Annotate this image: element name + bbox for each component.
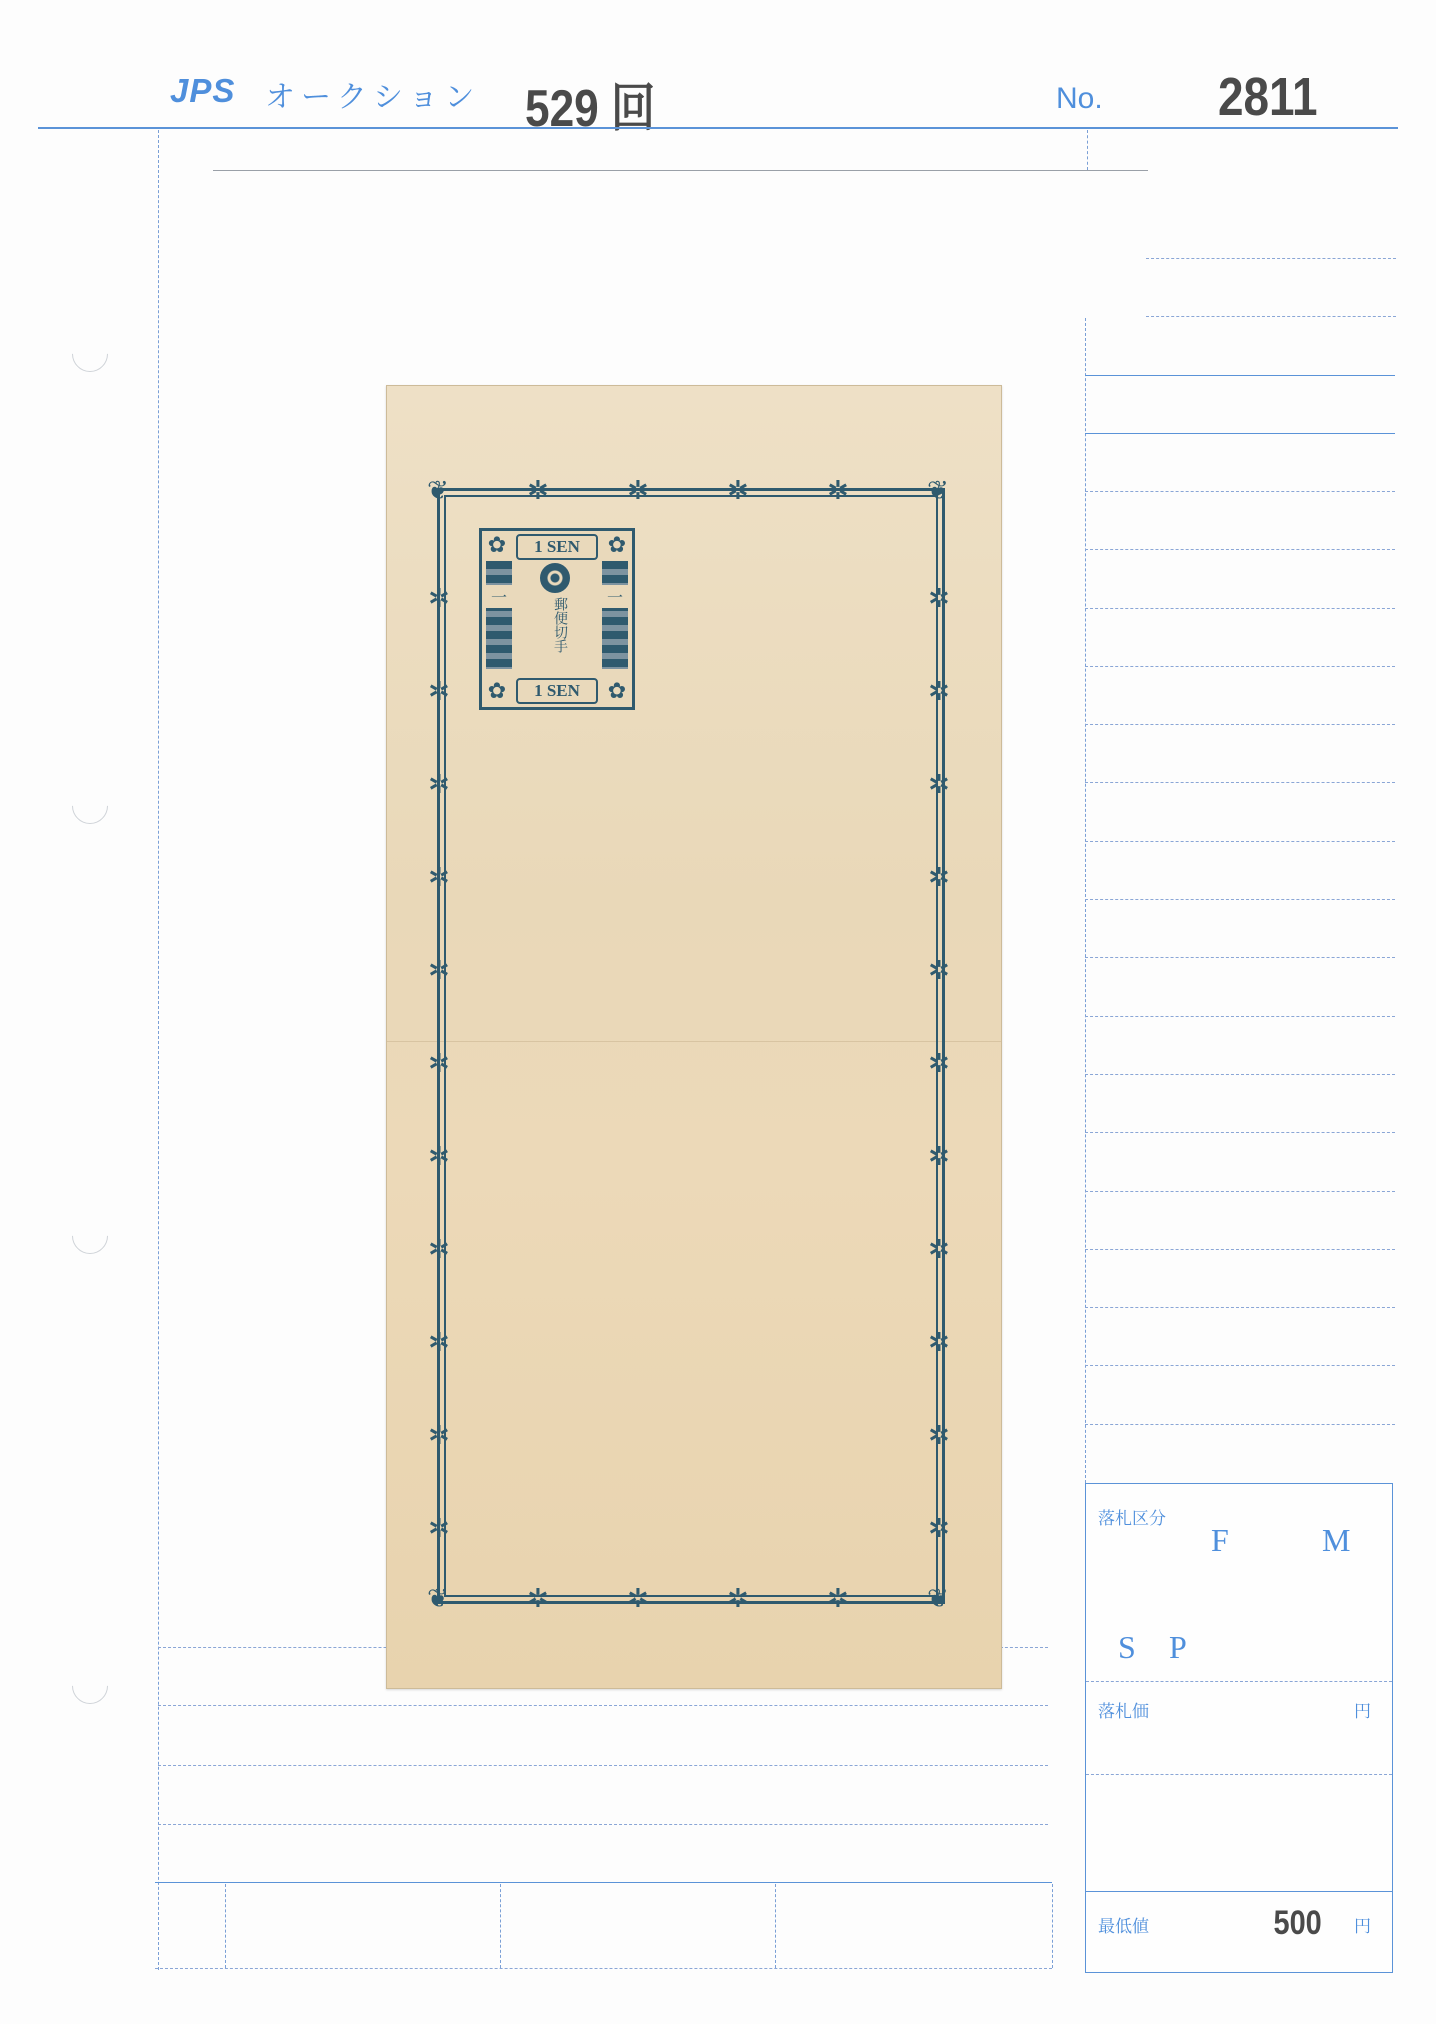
ornament-icon: ✲ (527, 478, 549, 504)
ornament-icon: ✲ (928, 1144, 950, 1170)
notes-line (1085, 433, 1395, 434)
binder-hole (65, 781, 116, 832)
ornament-icon: ✲ (428, 958, 450, 984)
binder-hole (65, 1661, 116, 1712)
table-divider (500, 1884, 501, 1968)
table-divider (775, 1884, 776, 1968)
hammer-price-currency: 円 (1354, 1697, 1371, 1722)
ornament-icon: ✲ (428, 1051, 450, 1077)
ornament-icon: ✲ (928, 1423, 950, 1449)
notes-line (1085, 1307, 1395, 1308)
hammer-price-label: 落札価 (1098, 1697, 1149, 1722)
sub-rule (213, 170, 1148, 171)
ornament-icon: ✲ (928, 1051, 950, 1077)
stamp-side-panel: 一 (602, 561, 628, 669)
chrysanthemum-crest-icon (540, 563, 570, 593)
notes-line (1085, 1132, 1395, 1133)
grade-option-s[interactable]: S (1118, 1629, 1136, 1666)
cherry-blossom-icon: ✿ (484, 679, 510, 705)
notes-line (1146, 258, 1396, 259)
ornament-icon: ✲ (428, 1330, 450, 1356)
auction-session: 529 回 (525, 66, 655, 141)
ornament-icon: ✲ (928, 679, 950, 705)
cherry-blossom-icon: ✿ (604, 533, 630, 559)
grade-option-p[interactable]: P (1169, 1629, 1187, 1666)
cherry-blossom-icon: ✿ (604, 679, 630, 705)
form-divider (1086, 1681, 1392, 1682)
notes-line (1085, 899, 1395, 900)
table-divider (225, 1884, 226, 1968)
notes-line (1085, 1016, 1395, 1017)
ornament-icon: ❦ (427, 478, 449, 504)
side-kanji: 一 (486, 585, 512, 608)
notes-line (1085, 782, 1395, 783)
form-divider (1086, 1774, 1392, 1775)
notes-line (1085, 666, 1395, 667)
cherry-blossom-icon: ✿ (484, 533, 510, 559)
notes-line (1085, 608, 1395, 609)
table-divider (1052, 1884, 1053, 1968)
ornament-icon: ✲ (928, 1237, 950, 1263)
notes-line (158, 1705, 1048, 1706)
ornament-icon: ✲ (827, 1586, 849, 1612)
ornament-icon: ✲ (428, 586, 450, 612)
ornament-icon: ✲ (428, 1237, 450, 1263)
header-rule (38, 127, 1398, 129)
lot-number: 2811 (1218, 66, 1318, 128)
ornament-icon: ✲ (428, 1423, 450, 1449)
ornament-icon: ✲ (727, 1586, 749, 1612)
notes-line (1085, 1074, 1395, 1075)
column-guide (1085, 318, 1086, 1483)
ornament-icon: ✲ (928, 958, 950, 984)
stamp-value-bottom: 1 SEN (516, 678, 598, 704)
notes-line (1085, 375, 1395, 376)
side-kanji: 一 (602, 585, 628, 608)
table-bottom-rule (155, 1968, 1052, 1969)
imprinted-stamp: ✿ ✿ ✿ ✿ 1 SEN 1 SEN 一 一 郵便切手 (479, 528, 635, 710)
notes-line (1085, 1424, 1395, 1425)
bid-form: 落札区分 F M S P 落札価 円 最低値 500 円 (1085, 1483, 1393, 1973)
ornament-icon: ✲ (928, 586, 950, 612)
ornament-icon: ❦ (427, 1586, 449, 1612)
grade-label: 落札区分 (1098, 1504, 1166, 1529)
ornament-icon: ✲ (428, 772, 450, 798)
notes-line (1085, 1249, 1395, 1250)
ornament-icon: ✲ (428, 679, 450, 705)
notes-line (158, 1765, 1048, 1766)
hammer-price-field[interactable] (1206, 1694, 1346, 1720)
ornament-icon: ✲ (928, 1330, 950, 1356)
notes-line (1085, 841, 1395, 842)
ornament-icon: ✲ (627, 478, 649, 504)
notes-line (1085, 549, 1395, 550)
min-price-value: 500 (1274, 1904, 1322, 1943)
stamped-envelope: ❦❦❦❦✲✲✲✲✲✲✲✲✲✲✲✲✲✲✲✲✲✲✲✲✲✲✲✲✲✲✲✲✲✲ ✿ ✿ ✿… (386, 385, 1002, 1689)
brand-logo: JPS (170, 72, 235, 110)
form-divider (1086, 1891, 1392, 1892)
ornament-icon: ❦ (927, 478, 949, 504)
ornament-icon: ✲ (928, 865, 950, 891)
binder-hole (65, 329, 116, 380)
grade-option-f[interactable]: F (1211, 1522, 1229, 1559)
ornament-icon: ✲ (827, 478, 849, 504)
column-guide (1087, 130, 1088, 170)
ornament-icon: ✲ (428, 1516, 450, 1542)
ornament-icon: ✲ (928, 772, 950, 798)
ornament-icon: ✲ (527, 1586, 549, 1612)
ornament-icon: ✲ (627, 1586, 649, 1612)
notes-line (1085, 724, 1395, 725)
stamp-value-top: 1 SEN (516, 534, 598, 560)
margin-guide (158, 130, 159, 1970)
lot-number-label: No. (1056, 82, 1103, 116)
notes-line (1085, 1191, 1395, 1192)
binder-hole (65, 1211, 116, 1262)
notes-line (1085, 957, 1395, 958)
ornament-icon: ✲ (428, 865, 450, 891)
ornament-icon: ❦ (927, 1586, 949, 1612)
notes-line (1146, 316, 1396, 317)
grade-option-m[interactable]: M (1322, 1522, 1350, 1559)
notes-line (1085, 491, 1395, 492)
table-top-rule (155, 1882, 1052, 1883)
notes-line (1085, 1365, 1395, 1366)
ornament-icon: ✲ (928, 1516, 950, 1542)
stamp-side-panel: 一 (486, 561, 512, 669)
brand-suffix: オークション (265, 72, 480, 116)
notes-line (158, 1824, 1048, 1825)
ornament-icon: ✲ (428, 1144, 450, 1170)
min-price-label: 最低値 (1098, 1912, 1149, 1937)
ornament-icon: ✲ (727, 478, 749, 504)
min-price-currency: 円 (1354, 1912, 1371, 1937)
stamp-center-text: 郵便切手 (542, 597, 568, 653)
